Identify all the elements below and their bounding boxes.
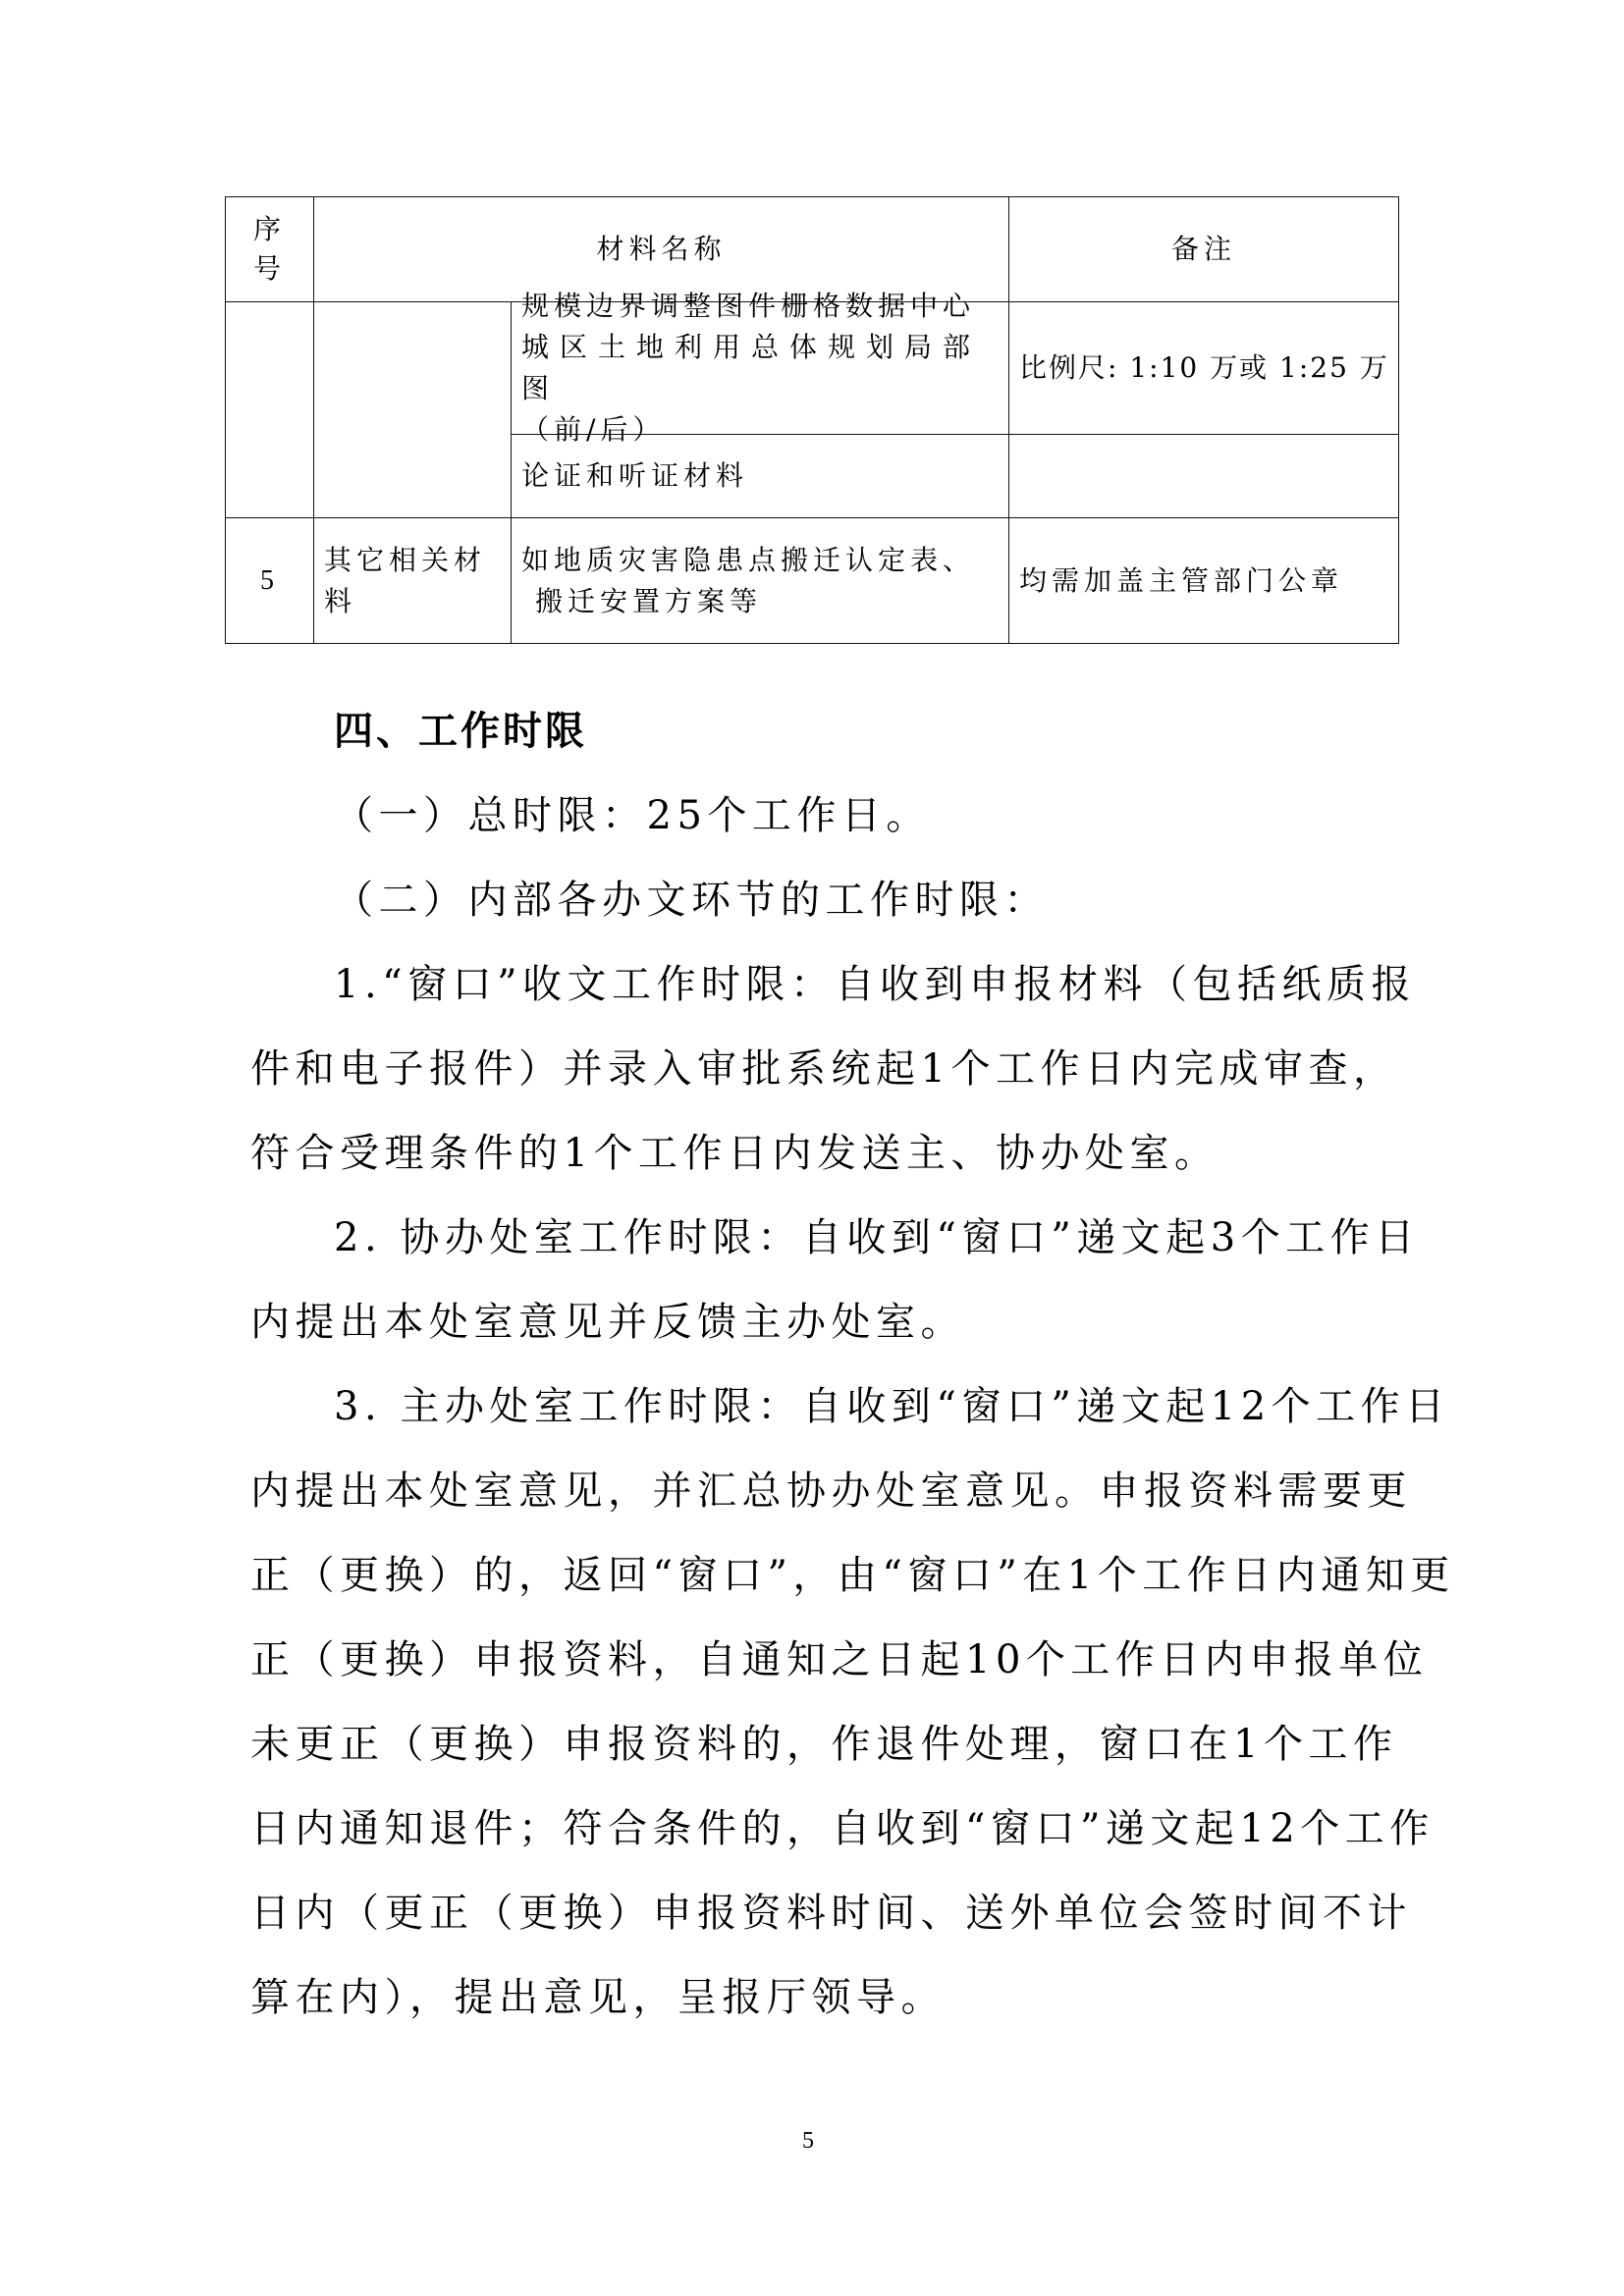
paragraph-line: （一）总时限：25个工作日。 xyxy=(334,774,1483,858)
section-heading: 四、工作时限 xyxy=(334,689,1483,774)
page-number: 5 xyxy=(802,2128,814,2155)
remark-value: 均需加盖主管部门公章 xyxy=(1019,561,1343,602)
material-line: 如地质灾害隐患点搬迁认定表、 xyxy=(521,540,975,581)
paragraph-line: 未更正（更换）申报资料的，作退件处理，窗口在1个工作 xyxy=(250,1702,1399,1787)
table-row-5-category: 其它相关材 料 xyxy=(313,517,512,644)
table-row-2-remark xyxy=(1008,434,1399,518)
table-row-1-remark: 比例尺: 1:10 万或 1:25 万 xyxy=(1008,301,1399,435)
material-line: 搬迁安置方案等 xyxy=(521,581,975,622)
header-remark: 备注 xyxy=(1008,196,1399,302)
table-row-5-seq: 5 xyxy=(225,517,314,644)
header-seq: 序 号 xyxy=(225,196,314,302)
paragraph-line: 正（更换）的，返回“窗口”，由“窗口”在1个工作日内通知更 xyxy=(250,1533,1399,1618)
remark-value: 比例尺: 1:10 万或 1:25 万 xyxy=(1019,347,1389,389)
paragraph-line: 3. 主办处室工作时限：自收到“窗口”递文起12个工作日 xyxy=(334,1364,1483,1449)
category-line: 料 xyxy=(324,581,486,622)
table-row-5-remark: 均需加盖主管部门公章 xyxy=(1008,517,1399,644)
paragraph-line: 日内（更正（更换）申报资料时间、送外单位会签时间不计 xyxy=(250,1871,1399,1955)
table-row-1-material: 规模边界调整图件栅格数据中心 城区土地利用总体规划局部图 （前/后） xyxy=(511,301,1009,435)
material-line: 城区土地利用总体规划局部图 xyxy=(521,327,1002,409)
header-material-name-label: 材料名称 xyxy=(596,229,726,270)
document-page: 序 号 材料名称 备注 规模边界调整图件栅格数据中心 城区土地利用总体规划局部图… xyxy=(0,0,1624,2296)
header-seq-char-2: 号 xyxy=(253,249,286,289)
materials-table: 序 号 材料名称 备注 规模边界调整图件栅格数据中心 城区土地利用总体规划局部图… xyxy=(225,196,1399,644)
row-category-cell xyxy=(313,301,512,518)
table-row-2-material: 论证和听证材料 xyxy=(511,434,1009,518)
header-remark-label: 备注 xyxy=(1171,229,1236,270)
paragraph-line: 算在内），提出意见，呈报厅领导。 xyxy=(250,1955,1399,2040)
material-line: 规模边界调整图件栅格数据中心 xyxy=(521,286,1002,327)
row-seq-cell xyxy=(225,301,314,518)
paragraph-line: 2. 协办处室工作时限：自收到“窗口”递文起3个工作日 xyxy=(334,1196,1483,1280)
material-value: 论证和听证材料 xyxy=(521,455,748,497)
paragraph-line: 内提出本处室意见，并汇总协办处室意见。申报资料需要更 xyxy=(250,1449,1399,1533)
paragraph-line: 正（更换）申报资料，自通知之日起10个工作日内申报单位 xyxy=(250,1618,1399,1702)
table-row-5-material: 如地质灾害隐患点搬迁认定表、 搬迁安置方案等 xyxy=(511,517,1009,644)
paragraph-line: 日内通知退件；符合条件的，自收到“窗口”递文起12个工作 xyxy=(250,1787,1399,1871)
paragraph-line: 内提出本处室意见并反馈主办处室。 xyxy=(250,1280,1399,1364)
paragraph-line: 1.“窗口”收文工作时限：自收到申报材料（包括纸质报 xyxy=(334,942,1483,1027)
row-seq-value: 5 xyxy=(260,561,279,602)
header-seq-char-1: 序 xyxy=(253,210,286,249)
paragraph-line: （二）内部各办文环节的工作时限： xyxy=(334,858,1483,942)
paragraph-line: 符合受理条件的1个工作日内发送主、协办处室。 xyxy=(250,1111,1399,1196)
category-line: 其它相关材 xyxy=(324,540,486,581)
paragraph-line: 件和电子报件）并录入审批系统起1个工作日内完成审查， xyxy=(250,1027,1399,1111)
